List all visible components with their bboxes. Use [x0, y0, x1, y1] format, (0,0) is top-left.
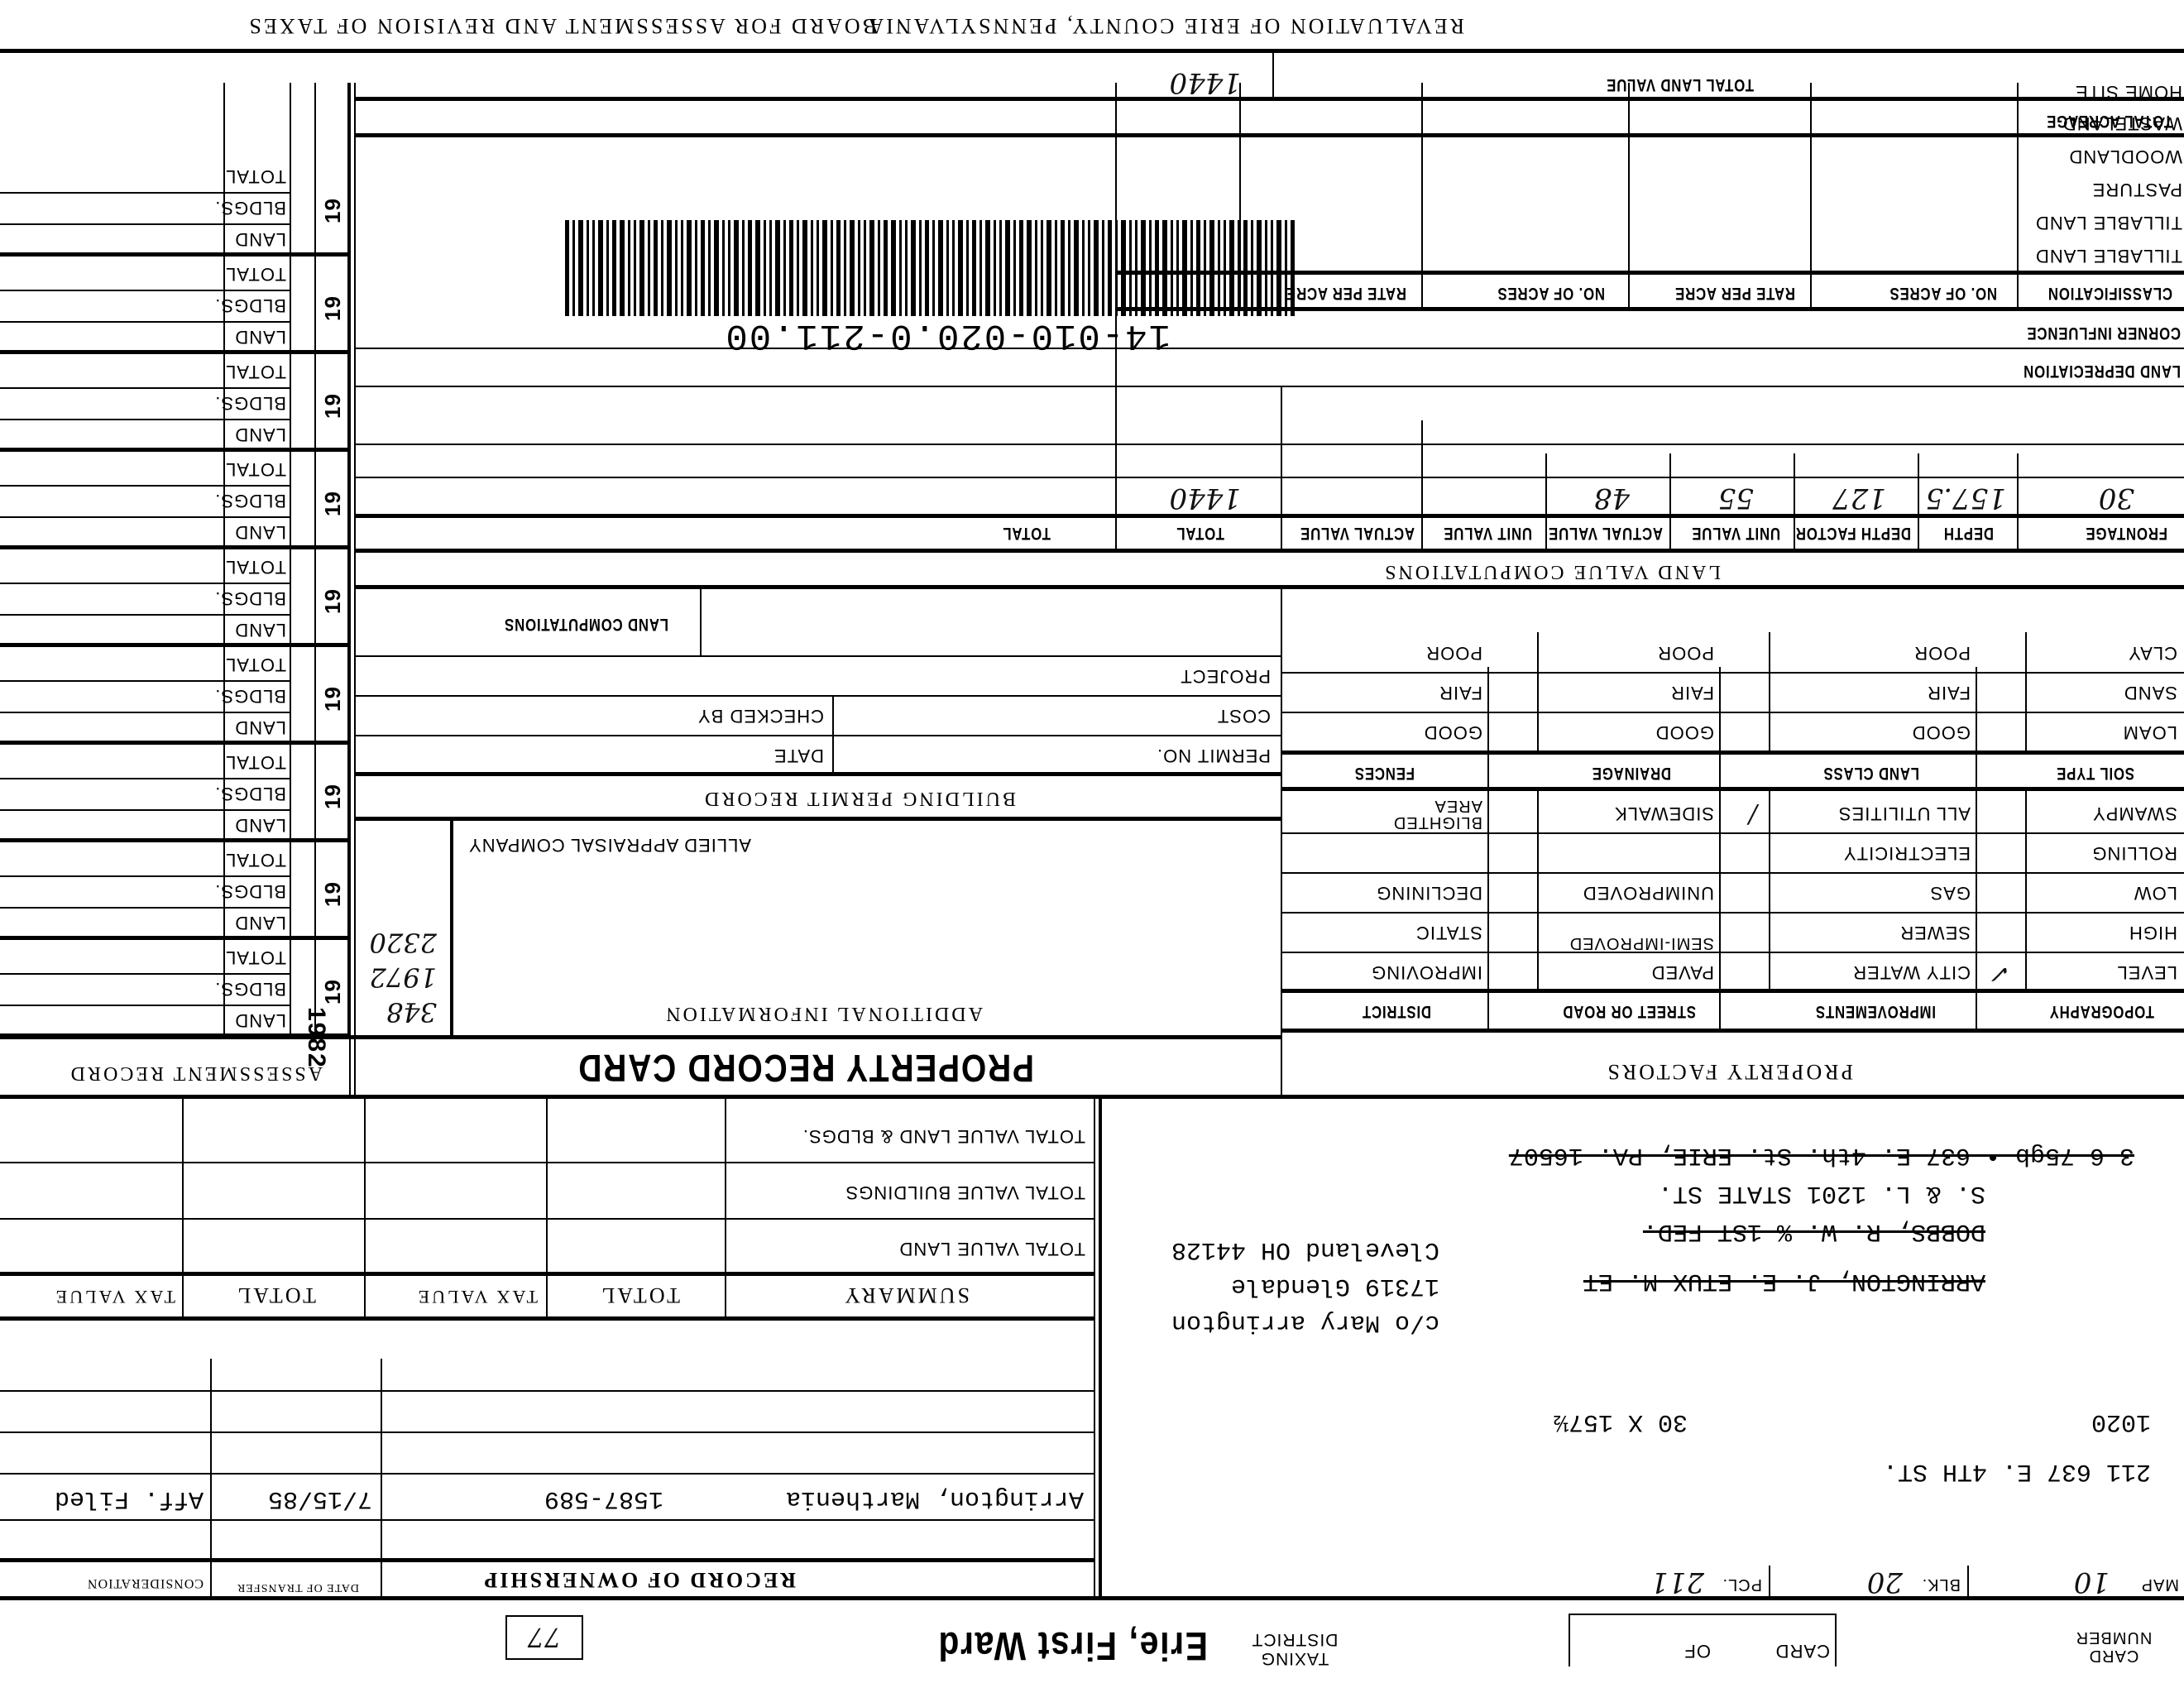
hdr-frontage: FRONTAGE — [2086, 523, 2167, 543]
fences-fair[interactable]: FAIR — [1439, 682, 1482, 703]
card-number-label: CARD NUMBER — [2068, 1628, 2159, 1665]
address-line-6: 3-6-75gb • 637 E. 4th. St. ERIE, PA. 165… — [1509, 1137, 2134, 1173]
no-of-acres-header-2: NO. OF ACRES — [1497, 283, 1605, 303]
assessment-year-prefix: 19 — [320, 686, 346, 712]
class-pasture: PASTURE — [2092, 179, 2182, 200]
land-depreciation-label: LAND DEPRECIATION — [2023, 361, 2181, 381]
all-utilities-checkmark-icon: / — [1749, 800, 1757, 829]
street-unimproved[interactable]: UNIMPROVED — [1583, 882, 1714, 904]
assessment-row-label: TOTAL — [225, 654, 286, 675]
summary-total-header-1: TOTAL — [599, 1283, 680, 1307]
drainage-good[interactable]: GOOD — [1655, 722, 1714, 743]
land-class-fair[interactable]: FAIR — [1927, 682, 1971, 703]
assessment-row-label: TOTAL — [225, 458, 286, 480]
fences-good[interactable]: GOOD — [1424, 722, 1482, 743]
center-column: ADDITIONAL INFORMATION 348 1972 2320 ALL… — [356, 589, 1281, 1038]
topo-level[interactable]: LEVEL — [2117, 961, 2178, 983]
fences-poor[interactable]: POOR — [1425, 642, 1482, 664]
street-paved[interactable]: PAVED — [1651, 961, 1714, 983]
drainage-header: DRAINAGE — [1592, 763, 1671, 783]
date-of-transfer-header: DATE OF TRANSFER — [223, 1581, 372, 1594]
taxing-district-label: TAXING DISTRICT — [1241, 1630, 1348, 1668]
assessment-row-label: LAND — [234, 228, 286, 250]
care-of-address: c/o Mary arrington 17319 Glendale Clevel… — [1171, 1231, 1439, 1340]
summary-title: SUMMARY — [842, 1283, 970, 1307]
assessment-year-prefix: 19 — [320, 295, 346, 321]
building-permit-title: BUILDING PERMIT RECORD — [702, 787, 1016, 809]
assessment-year-prefix: 19 — [320, 198, 346, 223]
total-land-value-amount: 1440 — [1169, 66, 1241, 99]
soil-loam[interactable]: LOAM — [2123, 722, 2177, 743]
val-actual-value: 48 — [1594, 482, 1630, 515]
blk-value: 20 — [1867, 1566, 1903, 1599]
assessment-year-prefix: 19 — [320, 588, 346, 614]
corner-influence-label: CORNER INFLUENCE — [2027, 323, 2181, 343]
note-1972: 1972 — [370, 960, 437, 995]
pcl-value: 211 — [1650, 1566, 1704, 1599]
district-improving[interactable]: IMPROVING — [1371, 961, 1482, 983]
care-of-line1: c/o Mary arrington — [1171, 1304, 1439, 1340]
assessment-row-label: TOTAL — [225, 556, 286, 578]
additional-notes: 348 1972 2320 — [370, 925, 437, 1029]
pcl-label: PCL. — [1722, 1575, 1762, 1594]
street-sidewalk[interactable]: SIDEWALK — [1614, 803, 1714, 824]
assessment-row-label: BLDGS. — [214, 587, 286, 609]
address-line-4: DOBBS, R. W. % 1ST FED. — [1643, 1213, 1985, 1249]
assessment-row-label: LAND — [234, 1009, 286, 1031]
soil-clay[interactable]: CLAY — [2128, 642, 2177, 664]
assessment-row-label: BLDGS. — [214, 685, 286, 707]
project-label: PROJECT — [1180, 665, 1271, 687]
assessment-year-prefix: 19 — [320, 881, 346, 907]
rate-per-acre-header-1: RATE PER ACRE — [1674, 283, 1795, 303]
assessment-row-label: LAND — [234, 521, 286, 543]
level-checkmark-icon: ✓ — [1991, 959, 2012, 988]
topo-rolling[interactable]: ROLLING — [2091, 842, 2177, 864]
impr-sewer[interactable]: SEWER — [1899, 922, 1971, 943]
no-of-acres-header-1: NO. OF ACRES — [1889, 283, 1997, 303]
hdr-depth-factor: DEPTH FACTOR — [1795, 523, 1911, 543]
soil-sand[interactable]: SAND — [2124, 682, 2177, 703]
address-line-5: S. & L. 1201 STATE ST. — [1658, 1175, 1985, 1211]
val-frontage: 30 — [2099, 482, 2134, 515]
assessment-record-title: ASSESSMENT RECORD — [69, 1062, 323, 1084]
class-woodland: WOODLAND — [2068, 146, 2182, 167]
improvements-header: IMPROVEMENTS — [1815, 1001, 1936, 1021]
impr-all-utilities[interactable]: ALL UTILITIES — [1838, 803, 1971, 824]
hdr-total-2: TOTAL — [1003, 523, 1051, 543]
assessment-row-label: BLDGS. — [214, 197, 286, 218]
drainage-fair[interactable]: FAIR — [1670, 682, 1714, 703]
district-static[interactable]: STATIC — [1415, 922, 1482, 943]
assessment-row-label: BLDGS. — [214, 978, 286, 1000]
topo-swampy[interactable]: SWAMPY — [2092, 803, 2177, 824]
ownership-title: RECORD OF OWNERSHIP — [481, 1567, 796, 1592]
permit-date-label: DATE — [773, 745, 824, 766]
hdr-depth: DEPTH — [1943, 523, 1994, 543]
rate-per-acre-header-2: RATE PER ACRE — [1286, 283, 1406, 303]
summary-table: SUMMARY TOTAL TAX VALUE TOTAL TAX VALUE … — [0, 1097, 1094, 1317]
land-value-section: LAND VALUE COMPUTATIONS FRONTAGE DEPTH D… — [356, 83, 2184, 589]
barcode-bars — [401, 220, 1295, 316]
assessment-row-label: LAND — [234, 912, 286, 933]
hdr-unit-value-2: UNIT VALUE — [1443, 523, 1532, 543]
transfer-date: 7/15/85 — [268, 1484, 372, 1513]
assessment-row-label: BLDGS. — [214, 490, 286, 511]
topography-header: TOPOGRAPHY — [2049, 1001, 2154, 1021]
card-of-box[interactable]: CARD OF — [1569, 1614, 1837, 1666]
land-class-header: LAND CLASS — [1823, 763, 1919, 783]
map-label: MAP — [2141, 1575, 2179, 1594]
hdr-unit-value-1: UNIT VALUE — [1691, 523, 1780, 543]
assessment-row-label: LAND — [234, 326, 286, 348]
property-factors-grid: TOPOGRAPHY IMPROVEMENTS STREET OR ROAD D… — [1282, 589, 2184, 1031]
assessment-row-label: LAND — [234, 424, 286, 445]
assessment-record-grid: 19LANDBLDGS.TOTAL19LANDBLDGS.TOTAL19LAND… — [0, 83, 349, 1038]
parcel-row: MAP 10 BLK. 20 PCL. 211 — [1100, 1566, 2184, 1599]
summary-row-total: TOTAL VALUE LAND & BLDGS. — [802, 1125, 1085, 1147]
property-factors-title: PROPERTY FACTORS — [1605, 1059, 1853, 1084]
land-computations-title: LAND COMPUTATIONS — [504, 614, 668, 634]
assessment-row-label: LAND — [234, 619, 286, 640]
board-title: BOARD FOR ASSESSMENT AND REVISION OF TAX… — [247, 13, 877, 38]
hdr-total-1: TOTAL — [1176, 523, 1224, 543]
class-tillable-land-2: TILLABLE LAND — [2035, 212, 2182, 233]
consideration-header: CONSIDERATION — [87, 1575, 204, 1590]
assessment-row-label: TOTAL — [225, 361, 286, 382]
assessment-row-label: TOTAL — [225, 751, 286, 773]
district-code-box: 77 — [505, 1615, 583, 1660]
map-value: 10 — [2074, 1566, 2110, 1599]
topo-high[interactable]: HIGH — [2129, 922, 2177, 943]
total-land-value-label: TOTAL LAND VALUE — [1606, 74, 1754, 94]
street-semi-improved[interactable]: SEMI-IMPROVED — [1565, 935, 1714, 952]
address-line-2: 30 X 157½ — [1554, 1403, 1688, 1440]
assessment-year-prefix: 19 — [320, 491, 346, 516]
summary-row-land: TOTAL VALUE LAND — [899, 1238, 1085, 1259]
care-of-line2: 17319 Glendale — [1171, 1268, 1439, 1304]
barcode-text: 14-010-020.0-211.00 — [724, 314, 1171, 356]
val-total: 1440 — [1169, 482, 1241, 515]
fences-header: FENCES — [1354, 763, 1415, 783]
permit-cost-label: COST — [1217, 705, 1271, 727]
assessment-year-prefix: 19 — [320, 784, 346, 809]
assessment-row-label: LAND — [234, 717, 286, 738]
district-declining[interactable]: DECLINING — [1376, 882, 1482, 904]
land-value-computations-title: LAND VALUE COMPUTATIONS — [1382, 560, 1721, 583]
assessment-row-label: TOTAL — [225, 263, 286, 285]
additional-info-title: ADDITIONAL INFORMATION — [663, 1002, 983, 1024]
consideration-value: Aff. Filed — [55, 1484, 204, 1513]
assessment-row-label: BLDGS. — [214, 880, 286, 902]
revaluation-title: REVALUATION OF ERIE COUNTY, PENNSYLVANIA — [865, 13, 1464, 38]
impr-gas[interactable]: GAS — [1930, 882, 1971, 904]
impr-city-water[interactable]: CITY WATER — [1852, 961, 1971, 983]
soil-type-header: SOIL TYPE — [2056, 763, 2134, 783]
summary-row-buildings: TOTAL VALUE BUILDINGS — [845, 1182, 1085, 1203]
impr-electricity[interactable]: ELECTRICITY — [1843, 842, 1971, 864]
summary-tax-header-1: TAX VALUE — [416, 1286, 538, 1307]
ownership-section: RECORD OF OWNERSHIP DATE OF TRANSFER CON… — [0, 1097, 1094, 1599]
land-class-good[interactable]: GOOD — [1912, 722, 1971, 743]
val-unit-value: 55 — [1718, 482, 1754, 515]
deed-book-page: 1587-589 — [544, 1484, 663, 1513]
hdr-actual-value-1: ACTUAL VALUE — [1548, 523, 1663, 543]
address-line-1: 211 637 E. 4TH ST. — [1883, 1453, 2151, 1489]
assessment-year-prefix: 19 — [320, 393, 346, 419]
val-depth-factor: 127 — [1832, 482, 1886, 515]
note-348: 348 — [370, 995, 437, 1029]
taxing-district-value: Erie, First Ward — [937, 1623, 1208, 1668]
district-blighted-area[interactable]: BLIGHTED AREA — [1367, 798, 1482, 831]
topo-low[interactable]: LOW — [2134, 882, 2177, 904]
care-of-line3: Cleveland OH 44128 — [1171, 1231, 1439, 1268]
of-label: OF — [1683, 1640, 1711, 1662]
hdr-actual-value-2: ACTUAL VALUE — [1300, 523, 1415, 543]
stamped-year-1: 1982 — [302, 1007, 330, 1069]
property-record-card: CARD NUMBER CARD OF TAXING DISTRICT Erie… — [0, 0, 2184, 1688]
street-header: STREET OR ROAD — [1563, 1001, 1696, 1021]
assessment-row-label: TOTAL — [225, 165, 286, 187]
address-line-3: ARRINGTON, J. E. ETUX M. ET — [1583, 1263, 1985, 1299]
property-record-card-title: PROPERTY RECORD CARD — [577, 1046, 1035, 1091]
assessment-row-label: BLDGS. — [214, 392, 286, 414]
assessment-row-label: TOTAL — [225, 849, 286, 870]
address-line-0: 1020 — [2091, 1403, 2151, 1440]
classification-header: CLASSIFICATION — [2047, 283, 2172, 303]
total-acreage-label: TOTAL ACREAGE — [2046, 111, 2172, 131]
class-tillable-land: TILLABLE LAND — [2035, 245, 2182, 266]
land-class-poor[interactable]: POOR — [1913, 642, 1971, 664]
permit-no-label: PERMIT NO. — [1157, 745, 1271, 766]
assessment-row-label: TOTAL — [225, 947, 286, 968]
assessment-year-prefix: 19 — [320, 979, 346, 1005]
assessment-row-label: BLDGS. — [214, 295, 286, 316]
owner-name: Arrington, Marthenia — [786, 1484, 1084, 1513]
val-depth: 157.5 — [1926, 482, 2006, 515]
summary-tax-header-2: TAX VALUE — [54, 1286, 175, 1307]
summary-total-header-2: TOTAL — [235, 1283, 316, 1307]
card-label: CARD — [1775, 1640, 1830, 1662]
checked-by-label: CHECKED BY — [697, 705, 824, 727]
appraisal-company: ALLIED APPRAISAL COMPANY — [468, 834, 751, 856]
district-header: DISTRICT — [1362, 1001, 1431, 1021]
blk-label: BLK. — [1922, 1575, 1961, 1594]
note-2320: 2320 — [370, 925, 437, 960]
assessment-row-label: BLDGS. — [214, 783, 286, 804]
drainage-poor[interactable]: POOR — [1657, 642, 1714, 664]
assessment-row-label: LAND — [234, 814, 286, 836]
